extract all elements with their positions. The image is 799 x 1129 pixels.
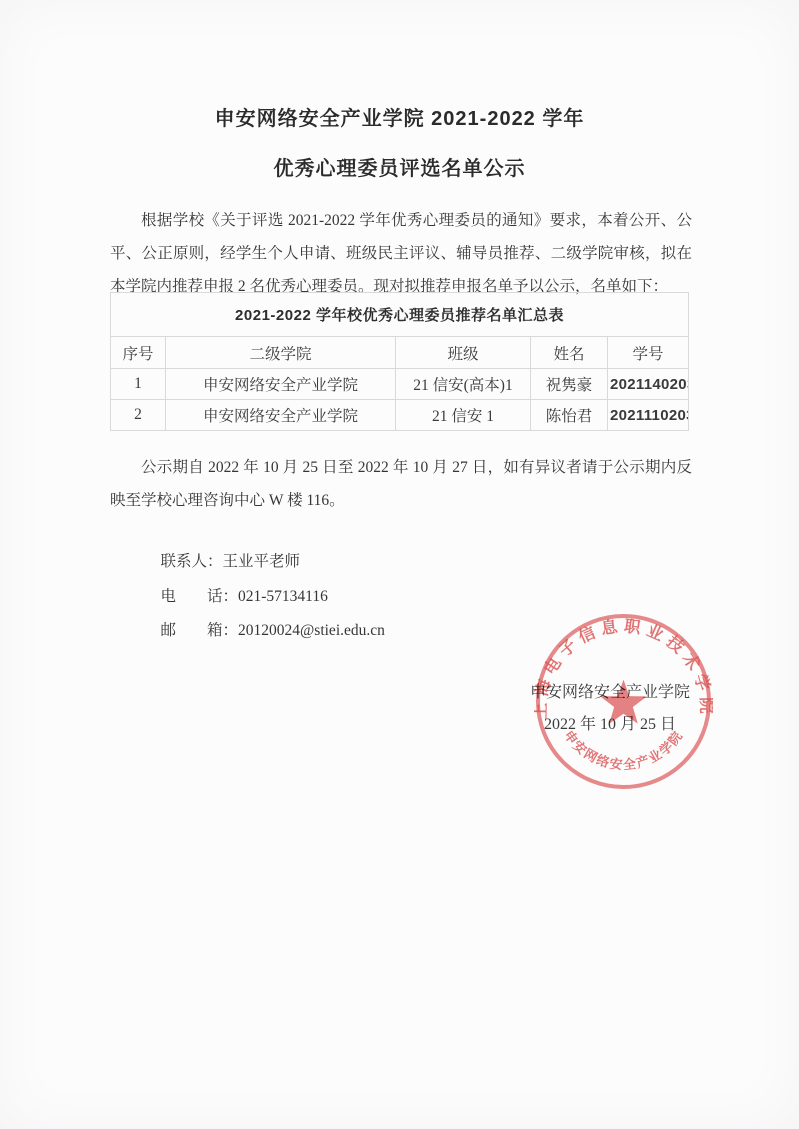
doc-title-line1: 申安网络安全产业学院 2021-2022 学年 (0, 102, 799, 131)
document-page: 申安网络安全产业学院 2021-2022 学年 优秀心理委员评选名单公示 根据学… (0, 0, 799, 1129)
table-header-row: 序号 二级学院 班级 姓名 学号 (111, 337, 689, 369)
cell-seq: 2 (111, 400, 166, 431)
contact-email-label: 邮 箱： (161, 622, 239, 639)
signature-org: 申安网络安全产业学院 (470, 679, 750, 702)
cell-name: 祝隽豪 (531, 369, 608, 400)
col-header-class: 班级 (396, 337, 531, 369)
cell-student-id: 2021140203040 (608, 369, 689, 400)
notice-paragraph: 公示期自 2022 年 10 月 25 日至 2022 年 10 月 27 日，… (110, 451, 692, 517)
col-header-student-id: 学号 (608, 337, 689, 369)
cell-name: 陈怡君 (531, 400, 608, 431)
cell-college: 申安网络安全产业学院 (166, 369, 396, 400)
contact-email-line: 邮 箱：20120024@stiei.edu.cn (145, 600, 385, 658)
cell-seq: 1 (111, 369, 166, 400)
table-title-row: 2021-2022 学年校优秀心理委员推荐名单汇总表 (111, 293, 689, 337)
cell-college: 申安网络安全产业学院 (166, 400, 396, 431)
summary-table: 2021-2022 学年校优秀心理委员推荐名单汇总表 序号 二级学院 班级 姓名… (110, 292, 689, 431)
cell-class: 21 信安(高本)1 (396, 369, 531, 400)
cell-student-id: 2021110203009 (608, 400, 689, 431)
intro-paragraph: 根据学校《关于评选 2021-2022 学年优秀心理委员的通知》要求，本着公开、… (110, 204, 692, 303)
col-header-name: 姓名 (531, 337, 608, 369)
col-header-seq: 序号 (111, 337, 166, 369)
signature-date: 2022 年 10 月 25 日 (470, 711, 750, 734)
doc-title-line2: 优秀心理委员评选名单公示 (0, 152, 799, 181)
recommendation-table-wrap: 2021-2022 学年校优秀心理委员推荐名单汇总表 序号 二级学院 班级 姓名… (110, 292, 688, 431)
cell-class: 21 信安 1 (396, 400, 531, 431)
signature-block: 申安网络安全产业学院 2022 年 10 月 25 日 (470, 679, 750, 734)
col-header-college: 二级学院 (166, 337, 396, 369)
table-row: 1 申安网络安全产业学院 21 信安(高本)1 祝隽豪 202114020304… (111, 369, 689, 400)
table-row: 2 申安网络安全产业学院 21 信安 1 陈怡君 2021110203009 (111, 400, 689, 431)
table-title: 2021-2022 学年校优秀心理委员推荐名单汇总表 (111, 293, 689, 337)
stamp-bottom-arc-text: 申安网络安全产业学院 (561, 728, 686, 773)
contact-email-value: 20120024@stiei.edu.cn (238, 622, 385, 639)
